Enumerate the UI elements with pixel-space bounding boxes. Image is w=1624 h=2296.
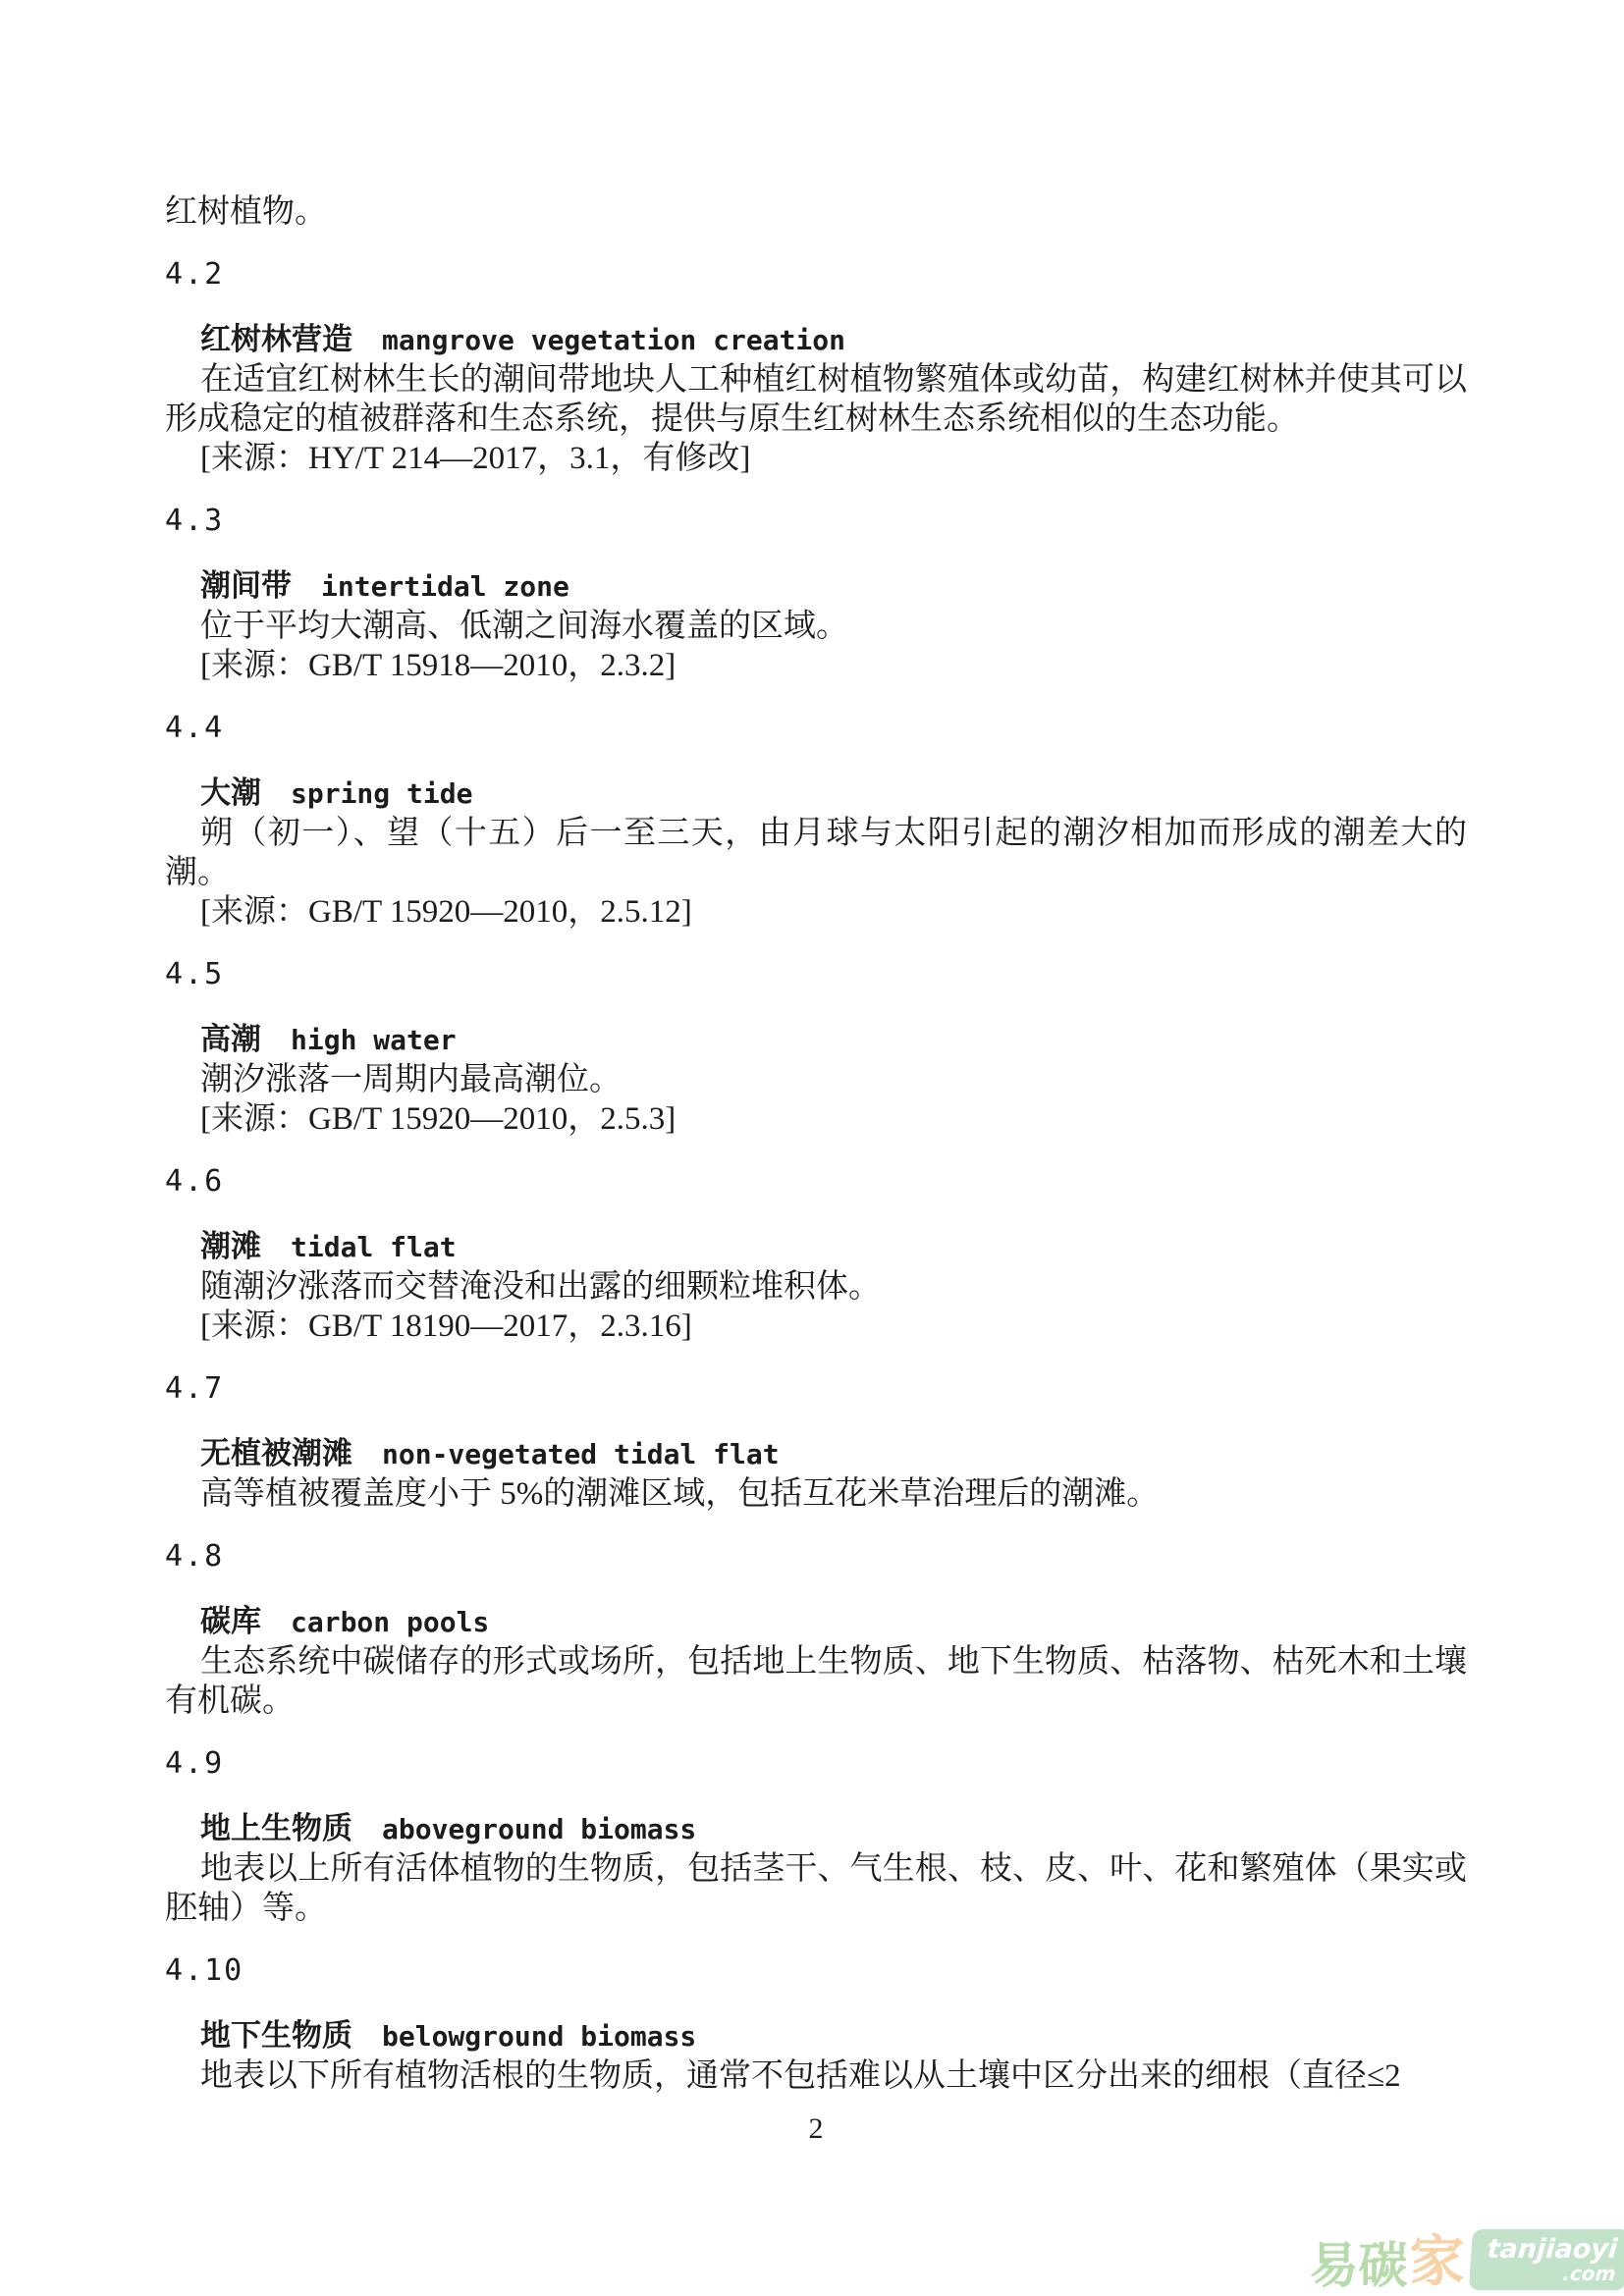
- tanjiaoyi-watermark-logo: 易碳 家 tanjiaoyi .com: [1310, 2229, 1624, 2290]
- watermark-badge: tanjiaoyi .com: [1468, 2229, 1624, 2290]
- term-zh: 地上生物质: [200, 1811, 352, 1846]
- term-zh: 碳库: [200, 1604, 261, 1639]
- watermark-badge-line1: tanjiaoyi: [1486, 2236, 1617, 2264]
- term-en: tidal flat: [291, 1231, 457, 1263]
- clause-4-8: 4.8 碳库carbon pools 生态系统中碳储存的形式或场所，包括地上生物…: [165, 1537, 1467, 1721]
- clause-number: 4.3: [165, 502, 1467, 541]
- term-zh: 高潮: [200, 1022, 261, 1057]
- term-en: non-vegetated tidal flat: [382, 1438, 780, 1470]
- term-line: 地上生物质aboveground biomass: [165, 1809, 1467, 1849]
- document-page: 红树植物。 4.2 红树林营造mangrove vegetation creat…: [0, 0, 1624, 2296]
- term-line: 碳库carbon pools: [165, 1602, 1467, 1642]
- page-number: 2: [165, 2109, 1467, 2149]
- definition-text: 地表以上所有活体植物的生物质，包括茎干、气生根、枝、皮、叶、花和繁殖体（果实或胚…: [165, 1849, 1467, 1928]
- definition-text: 地表以下所有植物活根的生物质，通常不包括难以从土壤中区分出来的细根（直径≤2: [165, 2056, 1467, 2096]
- clause-4-7: 4.7 无植被潮滩non-vegetated tidal flat 高等植被覆盖…: [165, 1369, 1467, 1514]
- term-zh: 无植被潮滩: [200, 1436, 352, 1471]
- term-line: 无植被潮滩non-vegetated tidal flat: [165, 1434, 1467, 1474]
- term-line: 地下生物质belowground biomass: [165, 2016, 1467, 2056]
- definition-text: 位于平均大潮高、低潮之间海水覆盖的区域。: [165, 607, 1467, 646]
- clause-number: 4.4: [165, 709, 1467, 748]
- continuation-paragraph: 红树植物。: [165, 192, 1467, 232]
- term-zh: 潮滩: [200, 1229, 261, 1264]
- watermark-badge-line2: .com: [1485, 2264, 1616, 2284]
- term-en: mangrove vegetation creation: [382, 324, 845, 356]
- definition-text: 随潮汐涨落而交替淹没和出露的细颗粒堆积体。: [165, 1267, 1467, 1307]
- clause-number: 4.6: [165, 1162, 1467, 1201]
- definition-text: 朔（初一）、望（十五）后一至三天，由月球与太阳引起的潮汐相加而形成的潮差大的潮。: [165, 814, 1467, 892]
- term-en: aboveground biomass: [382, 1813, 696, 1845]
- clause-number: 4.7: [165, 1369, 1467, 1409]
- term-line: 红树林营造mangrove vegetation creation: [165, 320, 1467, 360]
- watermark-text-orange: 家: [1410, 2235, 1465, 2290]
- source-citation: [来源：GB/T 15920—2010，2.5.12]: [165, 892, 1467, 932]
- clause-number: 4.2: [165, 255, 1467, 294]
- source-citation: [来源：GB/T 18190—2017，2.3.16]: [165, 1307, 1467, 1346]
- clause-4-4: 4.4 大潮spring tide 朔（初一）、望（十五）后一至三天，由月球与太…: [165, 709, 1467, 932]
- term-en: spring tide: [291, 777, 472, 810]
- clause-number: 4.10: [165, 1951, 1467, 1991]
- term-zh: 潮间带: [200, 568, 292, 604]
- term-line: 潮间带intertidal zone: [165, 566, 1467, 607]
- definition-text: 高等植被覆盖度小于 5%的潮滩区域，包括互花米草治理后的潮滩。: [165, 1474, 1467, 1514]
- clause-4-2: 4.2 红树林营造mangrove vegetation creation 在适…: [165, 255, 1467, 478]
- term-en: intertidal zone: [321, 570, 569, 603]
- term-en: belowground biomass: [382, 2020, 696, 2053]
- term-zh: 地下生物质: [200, 2018, 352, 2054]
- source-citation: [来源：HY/T 214—2017，3.1，有修改]: [165, 439, 1467, 478]
- clause-number: 4.8: [165, 1537, 1467, 1576]
- term-line: 大潮spring tide: [165, 774, 1467, 814]
- clause-number: 4.9: [165, 1744, 1467, 1784]
- term-en: high water: [291, 1024, 457, 1056]
- definition-text: 在适宜红树林生长的潮间带地块人工种植红树植物繁殖体或幼苗，构建红树林并使其可以形…: [165, 360, 1467, 439]
- term-line: 高潮high water: [165, 1020, 1467, 1060]
- term-zh: 大潮: [200, 775, 261, 811]
- clause-4-5: 4.5 高潮high water 潮汐涨落一周期内最高潮位。 [来源：GB/T …: [165, 955, 1467, 1139]
- source-citation: [来源：GB/T 15918—2010，2.3.2]: [165, 646, 1467, 685]
- term-zh: 红树林营造: [200, 322, 352, 357]
- definition-text: 生态系统中碳储存的形式或场所，包括地上生物质、地下生物质、枯落物、枯死木和土壤有…: [165, 1642, 1467, 1721]
- clause-4-3: 4.3 潮间带intertidal zone 位于平均大潮高、低潮之间海水覆盖的…: [165, 502, 1467, 685]
- clause-4-10: 4.10 地下生物质belowground biomass 地表以下所有植物活根…: [165, 1951, 1467, 2096]
- clause-4-6: 4.6 潮滩tidal flat 随潮汐涨落而交替淹没和出露的细颗粒堆积体。 […: [165, 1162, 1467, 1346]
- definition-text: 潮汐涨落一周期内最高潮位。: [165, 1060, 1467, 1099]
- source-citation: [来源：GB/T 15920—2010，2.5.3]: [165, 1099, 1467, 1139]
- term-en: carbon pools: [291, 1606, 489, 1638]
- watermark-text-green: 易碳: [1310, 2241, 1408, 2290]
- clause-number: 4.5: [165, 955, 1467, 994]
- term-line: 潮滩tidal flat: [165, 1227, 1467, 1267]
- clause-4-9: 4.9 地上生物质aboveground biomass 地表以上所有活体植物的…: [165, 1744, 1467, 1928]
